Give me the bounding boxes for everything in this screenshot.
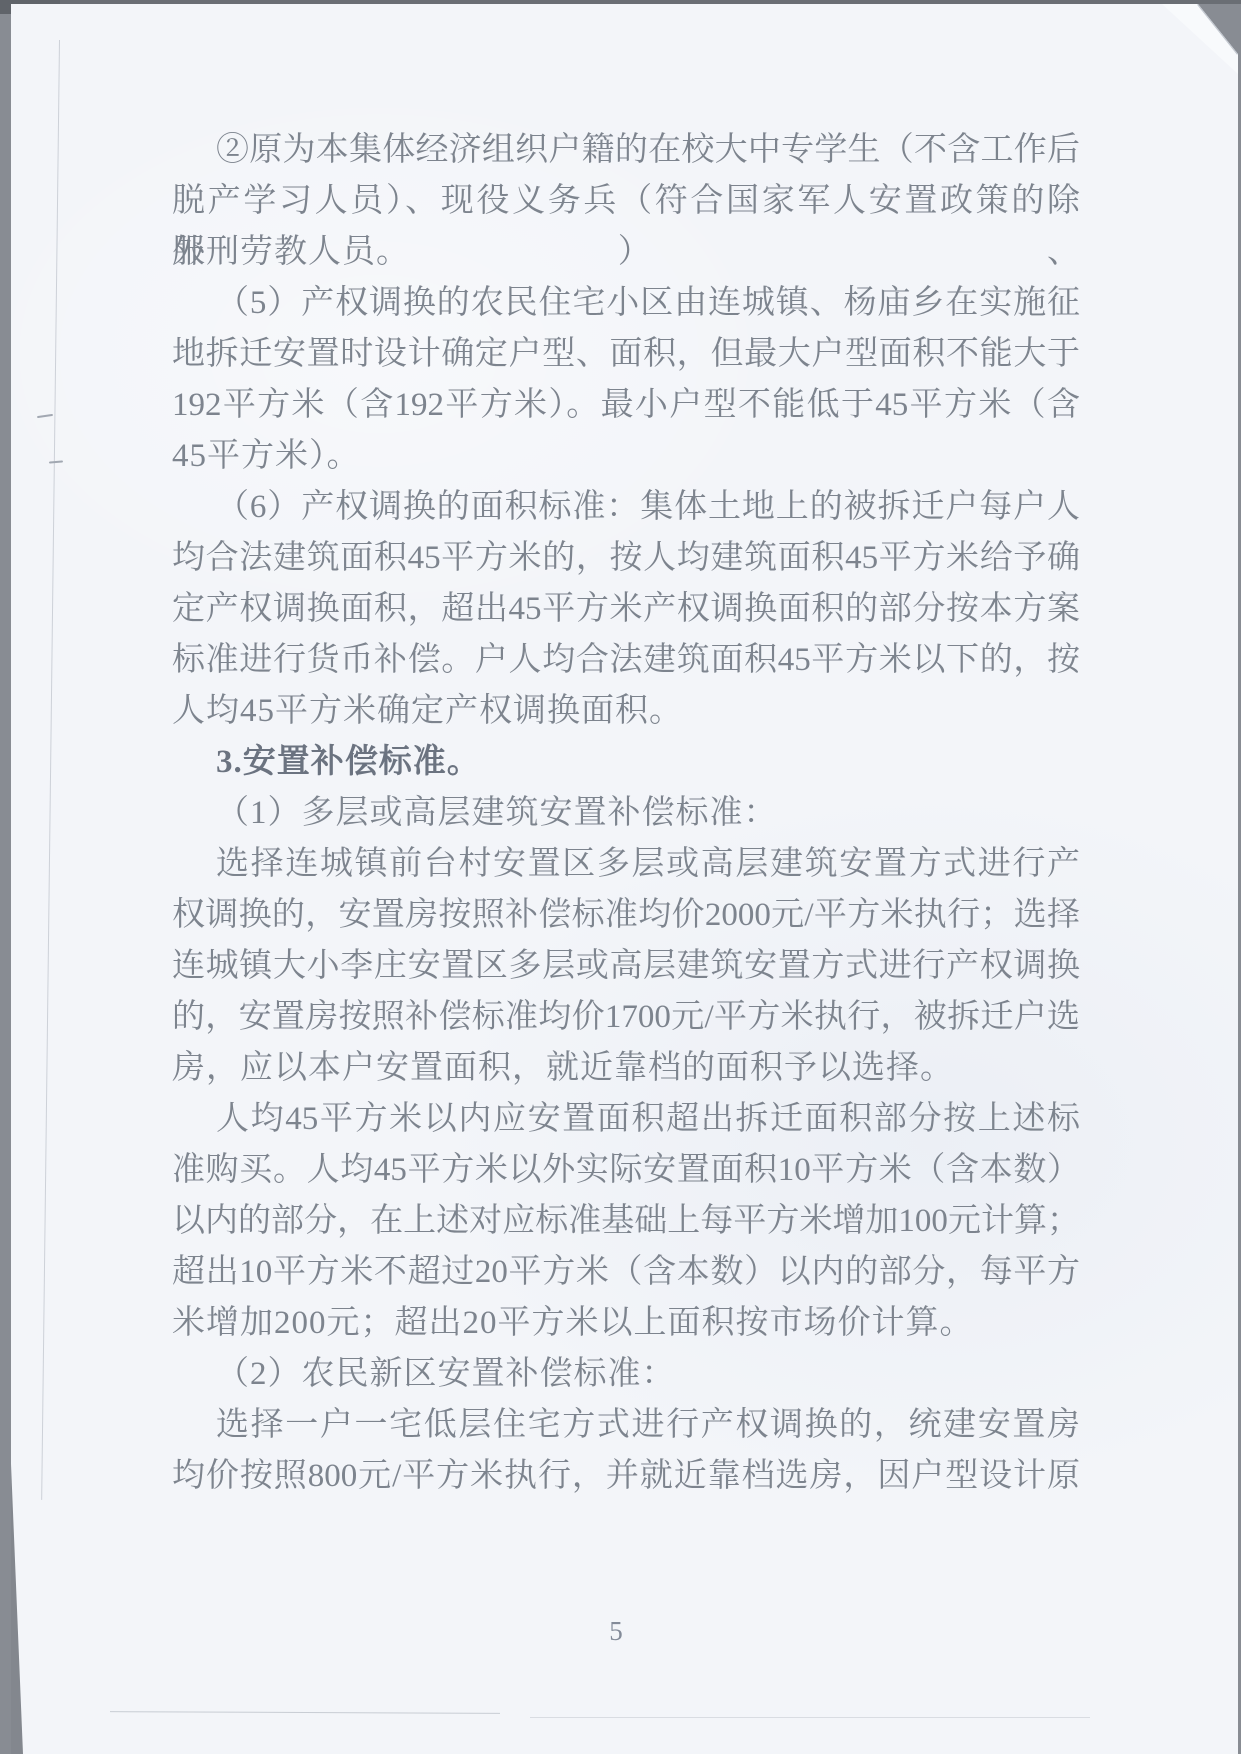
text-line: （6）产权调换的面积标准：集体土地上的被拆迁户每户人: [172, 482, 1080, 533]
text-line: 均合法建筑面积45平方米的，按人均建筑面积45平方米给予确: [172, 533, 1080, 584]
text-line: 地拆迁安置时设计确定户型、面积，但最大户型面积不能大于: [172, 329, 1080, 380]
text-line: （5）产权调换的农民住宅小区由连城镇、杨庙乡在实施征: [172, 278, 1080, 329]
text-line: 人均45平方米以内应安置面积超出拆迁面积部分按上述标: [172, 1094, 1080, 1145]
page-number: 5: [571, 1616, 661, 1647]
text-line: 米增加200元；超出20平方米以上面积按市场价计算。: [172, 1298, 1080, 1349]
text-line: 的，安置房按照补偿标准均价1700元/平方米执行，被拆迁户选: [172, 992, 1080, 1043]
text-line: 人均45平方米确定产权调换面积。: [172, 686, 1080, 737]
text-line: （2）农民新区安置补偿标准：: [172, 1349, 1080, 1400]
text-line: 房，应以本户安置面积，就近靠档的面积予以选择。: [172, 1043, 1080, 1094]
text-line: 脱产学习人员）、现役义务兵（符合国家军人安置政策的除外）、: [172, 176, 1080, 227]
text-line: 超出10平方米不超过20平方米（含本数）以内的部分，每平方: [172, 1247, 1080, 1298]
text-line: 3.安置补偿标准。: [172, 737, 1080, 788]
dog-ear-fold: [1148, 4, 1238, 74]
text-line: ②原为本集体经济组织户籍的在校大中专学生（不含工作后: [172, 125, 1080, 176]
document-page: ②原为本集体经济组织户籍的在校大中专学生（不含工作后脱产学习人员）、现役义务兵（…: [11, 4, 1238, 1754]
text-line: 连城镇大小李庄安置区多层或高层建筑安置方式进行产权调换: [172, 941, 1080, 992]
scan-background: ②原为本集体经济组织户籍的在校大中专学生（不含工作后脱产学习人员）、现役义务兵（…: [0, 0, 1241, 1754]
text-line: 192平方米（含192平方米）。最小户型不能低于45平方米（含: [172, 380, 1080, 431]
text-line: 准购买。人均45平方米以外实际安置面积10平方米（含本数）: [172, 1145, 1080, 1196]
document-body: ②原为本集体经济组织户籍的在校大中专学生（不含工作后脱产学习人员）、现役义务兵（…: [172, 125, 1080, 1502]
text-line: 选择连城镇前台村安置区多层或高层建筑安置方式进行产: [172, 839, 1080, 890]
text-line: 均价按照800元/平方米执行，并就近靠档选房，因户型设计原: [172, 1451, 1080, 1502]
text-line: 选择一户一宅低层住宅方式进行产权调换的，统建安置房: [172, 1400, 1080, 1451]
text-line: 45平方米）。: [172, 431, 1080, 482]
text-line: 标准进行货币补偿。户人均合法建筑面积45平方米以下的，按: [172, 635, 1080, 686]
text-line: 以内的部分，在上述对应标准基础上每平方米增加100元计算；: [172, 1196, 1080, 1247]
text-line: 权调换的，安置房按照补偿标准均价2000元/平方米执行；选择: [172, 890, 1080, 941]
horizontal-crease-2: [530, 1717, 1090, 1718]
text-line: 定产权调换面积，超出45平方米产权调换面积的部分按本方案: [172, 584, 1080, 635]
text-line: （1）多层或高层建筑安置补偿标准：: [172, 788, 1080, 839]
